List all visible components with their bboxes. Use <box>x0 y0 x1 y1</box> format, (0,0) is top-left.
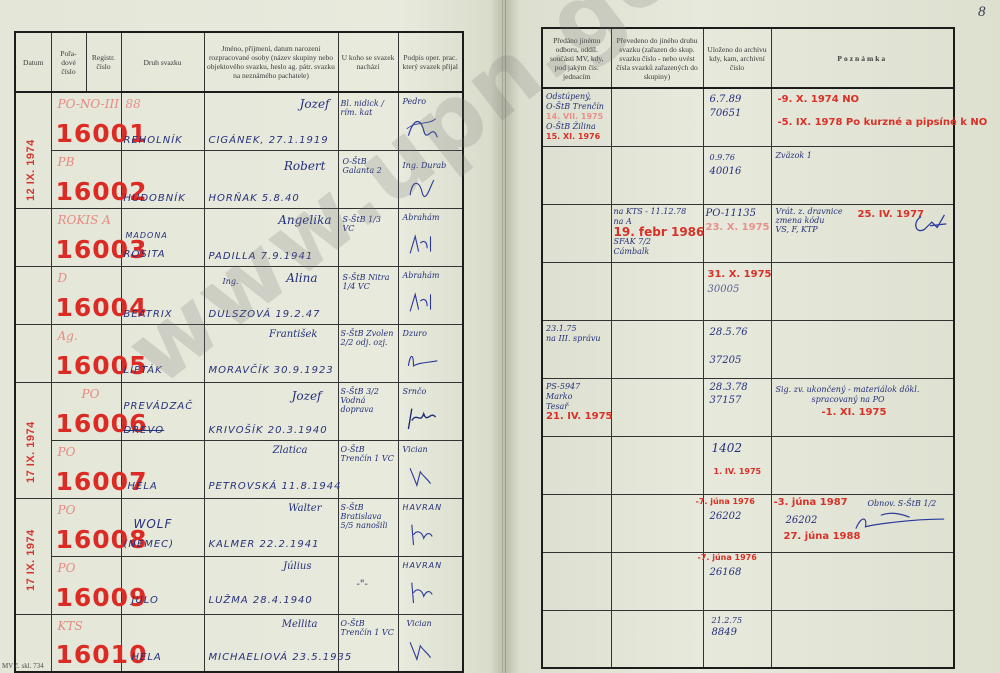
poznamka-cell <box>771 552 954 610</box>
druh-svazku: WOLF <box>134 517 173 531</box>
predano-cell <box>542 262 611 320</box>
predano-cell: PS-5947 Marko Tesař 21. IV. 1975 <box>542 378 611 436</box>
table-row: Odstúpený, O-ŠtB Trenčín 14. VII. 1975 O… <box>542 88 954 146</box>
signature-icon <box>405 635 439 665</box>
podpis-name: Dzuro <box>403 329 427 338</box>
predano-cell <box>542 204 611 262</box>
ulozeno-cell: 28.5.76 37205 <box>703 320 771 378</box>
surname-dob: CIGÁNEK, 27.1.1919 <box>209 135 329 146</box>
ulozeno-stamp: 31. X. 1975 <box>708 267 772 282</box>
signature-icon <box>405 519 439 549</box>
poznamka-cell: Sig. zv. ukončený - materiálok dôkl. spr… <box>771 378 954 436</box>
table-row: KTS 16010 HELA Mellita MICHAELIOVÁ 23.5.… <box>15 614 463 672</box>
u-koho: S-ŠtB 3/2 Vodná doprava <box>341 387 397 414</box>
table-row: 21.2.75 8849 <box>542 610 954 668</box>
podpis-cell: Pedro <box>398 92 463 150</box>
surname-dob: DULSZOVÁ 19.2.47 <box>209 309 321 320</box>
name-cell: Walter KALMER 22.2.1941 <box>204 498 338 556</box>
u-koho-cell: S-ŠtB 1/3 VC <box>338 208 398 266</box>
poznamka-cell: Vrát. z. dravnice zmena kódu VS, F, KTP … <box>771 204 954 262</box>
predano-cell <box>542 494 611 552</box>
table-row: 31. X. 1975 30005 <box>542 262 954 320</box>
first-name: Zlatica <box>273 445 308 456</box>
table-row: 17 IX. 1974 PO 16008 WOLF (NEMEC) Walter… <box>15 498 463 556</box>
archive-number: 26202 <box>710 511 742 522</box>
podpis-name: Pedro <box>403 97 427 106</box>
poznamka-number: 26202 <box>786 515 818 526</box>
u-koho: S-ŠtB Bratislava 5/5 nanošili <box>341 503 397 530</box>
u-koho-cell: O-ŠtB Galanta 2 <box>338 150 398 208</box>
podpis-cell: Srnčo <box>398 382 463 440</box>
surname-dob: LUŽMA 28.4.1940 <box>209 595 313 606</box>
druh-svazku: BEATRIX <box>124 309 173 320</box>
name-cell: Július LUŽMA 28.4.1940 <box>204 556 338 614</box>
table-row: 17 IX. 1974 PO 16006 PREVÁDZAČ DREVO Joz… <box>15 382 463 440</box>
poznamka-cell: -9. X. 1974 NO -5. IX. 1978 Po kurzné a … <box>771 88 954 146</box>
first-name: Mellita <box>282 619 318 630</box>
surname-dob: KALMER 22.2.1941 <box>209 539 320 550</box>
prevedeno-cell: na KTS - 11.12.78 na A 19. febr 1986 SFA… <box>611 204 703 262</box>
name-cell: Angelika PADILLA 7.9.1941 <box>204 208 338 266</box>
predano-line: Odstúpený, <box>546 92 604 102</box>
date-cell: 12 IX. 1974 <box>15 92 51 208</box>
predano-stamp: 21. IV. 1975 <box>546 412 612 422</box>
druh-cell: HELA <box>121 614 204 672</box>
druh-note: MADONA <box>126 231 168 240</box>
podpis-name: Vician <box>403 445 428 454</box>
name-cell: Jozef KRIVOŠÍK 20.3.1940 <box>204 382 338 440</box>
u-koho-cell: S-ŠtB Bratislava 5/5 nanošili <box>338 498 398 556</box>
reg-cell: PO 16008 <box>51 498 121 556</box>
podpis-name: HAVRAN <box>403 503 443 512</box>
prevedeno-cell <box>611 320 703 378</box>
podpis-cell: Abrahám <box>398 208 463 266</box>
predano-line: PS-5947 <box>546 382 612 392</box>
predano-line: Marko <box>546 392 612 402</box>
podpis-cell: Abrahám <box>398 266 463 324</box>
poznamka-stamp: -5. IX. 1978 Po kurzné a pipsíné k NO <box>778 117 988 128</box>
table-row: 1402 1. IV. 1975 <box>542 436 954 494</box>
ulozeno-code: PO-11135 <box>706 207 770 221</box>
signature-icon <box>405 345 439 375</box>
header-druh-svazku: Druh svazku <box>121 32 204 92</box>
reg-cell: PO 16009 <box>51 556 121 614</box>
right-page-register-table: Předáno jinému odboru, oddíl. součásti M… <box>541 27 955 669</box>
druh-note: 88 <box>126 97 141 111</box>
table-row: na KTS - 11.12.78 na A 19. febr 1986 SFA… <box>542 204 954 262</box>
predano-line: na III. správu <box>546 334 601 344</box>
reg-cell: Ag. 16005 <box>51 324 121 382</box>
header-prevedeno: Převedeno do jiného druhu svazku (zařaze… <box>611 28 703 88</box>
signature-icon <box>852 509 948 533</box>
name-cell: Robert HORŇAK 5.8.40 <box>204 150 338 208</box>
name-cell: František MORAVČÍK 30.9.1923 <box>204 324 338 382</box>
podpis-cell: HAVRAN <box>398 556 463 614</box>
poznamka-note: Sig. zv. ukončený - materiálok dôkl. <box>776 385 920 394</box>
u-koho-cell: S-ŠtB Zvolen 2/2 odj. ozj. <box>338 324 398 382</box>
name-cell: Ing. Alina DULSZOVÁ 19.2.47 <box>204 266 338 324</box>
poznamka-stamp: -9. X. 1974 NO <box>778 94 860 105</box>
header-jmeno: Jméno, příjmení, datum narození rozpraco… <box>204 32 338 92</box>
poznamka-cell <box>771 262 954 320</box>
table-row: PS-5947 Marko Tesař 21. IV. 1975 28.3.78… <box>542 378 954 436</box>
reg-cell: KTS 16010 <box>51 614 121 672</box>
prevedeno-cell <box>611 494 703 552</box>
ulozeno-number: 1402 <box>712 441 743 455</box>
form-print-code: MV č. skl. 734 <box>2 662 44 670</box>
predano-cell <box>542 146 611 204</box>
reg-code: D <box>58 271 68 285</box>
table-row: PO 16009 JULO Július LUŽMA 28.4.1940 -"-… <box>15 556 463 614</box>
header-poznamka: Poznámka <box>771 28 954 88</box>
predano-cell <box>542 552 611 610</box>
signature-icon <box>405 171 439 201</box>
date-cell <box>15 324 51 382</box>
podpis-name: Srnčo <box>403 387 427 396</box>
prevedeno-cell <box>611 552 703 610</box>
table-row: Ag. 16005 LIPTÁK František MORAVČÍK 30.9… <box>15 324 463 382</box>
predano-cell <box>542 436 611 494</box>
u-koho-cell: Bl. nidick / rím. kat <box>338 92 398 150</box>
reg-code: Ag. <box>58 329 78 343</box>
predano-line: Tesař <box>546 402 612 412</box>
reg-code: KTS <box>58 619 83 633</box>
druh-svazku: LIPTÁK <box>124 365 163 376</box>
u-koho-cell: S-ŠtB 3/2 Vodná doprava <box>338 382 398 440</box>
poznamka-stamp: -3. júna 1987 <box>774 497 848 508</box>
archive-number: 8849 <box>712 627 743 639</box>
predano-stamp: 15. XI. 1976 <box>546 132 604 142</box>
poznamka-cell <box>771 436 954 494</box>
druh-cell: JULO <box>121 556 204 614</box>
druh-svazku: ROSITA <box>124 249 166 260</box>
surname-dob: PETROVSKÁ 11.8.1944 <box>209 481 342 492</box>
druh-svazku: HELA <box>132 652 162 663</box>
reg-code: ROKIS A <box>58 213 111 227</box>
name-cell: Jozef CIGÁNEK, 27.1.1919 <box>204 92 338 150</box>
left-header-row: Datum Pořa-dové číslo Registr. číslo Dru… <box>15 32 463 92</box>
table-row: PO 16007 HELA Zlatica PETROVSKÁ 11.8.194… <box>15 440 463 498</box>
table-row: ROKIS A 16003 MADONA ROSITA Angelika PAD… <box>15 208 463 266</box>
prevedeno-cell <box>611 378 703 436</box>
druh-cell: PREVÁDZAČ DREVO <box>121 382 204 440</box>
ulozeno-date: 28.5.76 <box>710 327 748 338</box>
date-cell: 17 IX. 1974 <box>15 498 51 614</box>
podpis-name: Vician <box>407 619 432 628</box>
druh-svazku: PREVÁDZAČ <box>124 401 194 412</box>
signature-icon <box>405 577 439 607</box>
druh-cell: 88 REHOLNÍK <box>121 92 204 150</box>
date-cell <box>15 208 51 266</box>
u-koho: Bl. nidick / rím. kat <box>341 99 397 117</box>
poznamka-cell <box>771 610 954 668</box>
surname-dob: KRIVOŠÍK 20.3.1940 <box>209 425 328 436</box>
druh-cell: HUDOBNÍK <box>121 150 204 208</box>
ulozeno-date: 6.7.89 <box>710 93 742 107</box>
ulozeno-stamp: 1. IV. 1975 <box>714 467 762 476</box>
header-registr-cislo: Registr. číslo <box>86 32 121 92</box>
reg-code: PO <box>82 387 100 401</box>
reg-cell: PO 16006 <box>51 382 121 440</box>
ulozeno-cell: -7. júna 1976 26202 <box>703 494 771 552</box>
poznamka-cell: Zväzok 1 <box>771 146 954 204</box>
ulozeno-cell: 6.7.89 70651 <box>703 88 771 146</box>
podpis-name: Ing. Durab <box>403 161 447 170</box>
signature-icon <box>405 113 439 143</box>
prevedeno-line: Cámbalk <box>614 247 705 257</box>
first-name: František <box>269 329 317 340</box>
signature-icon <box>405 403 439 433</box>
ulozeno-cell: 21.2.75 8849 <box>703 610 771 668</box>
archive-number: 37157 <box>710 394 748 407</box>
reg-cell: PO 16007 <box>51 440 121 498</box>
predano-cell: Odstúpený, O-ŠtB Trenčín 14. VII. 1975 O… <box>542 88 611 146</box>
podpis-name: Abrahám <box>403 213 440 222</box>
prevedeno-cell <box>611 88 703 146</box>
druh-note: DREVO <box>124 425 165 436</box>
poznamka-note: Zväzok 1 <box>776 151 812 160</box>
u-koho: S-ŠtB 1/3 VC <box>343 215 395 233</box>
ulozeno-cell: 31. X. 1975 30005 <box>703 262 771 320</box>
reg-code: PB <box>58 155 75 169</box>
first-name: Július <box>283 561 311 572</box>
ulozeno-date: 21.2.75 <box>712 615 743 627</box>
druh-cell: LIPTÁK <box>121 324 204 382</box>
druh-note: (NEMEC) <box>124 539 175 550</box>
ulozeno-cell: 1402 1. IV. 1975 <box>703 436 771 494</box>
druh-svazku: HUDOBNÍK <box>124 193 186 204</box>
druh-cell: MADONA ROSITA <box>121 208 204 266</box>
reg-cell: PO-NO-III 16001 <box>51 92 121 150</box>
first-name-prefix: Ing. <box>223 277 239 286</box>
archive-number: 30005 <box>708 282 772 297</box>
name-cell: Mellita MICHAELIOVÁ 23.5.1935 <box>204 614 338 672</box>
ulozeno-stamp: -7. júna 1976 <box>696 497 755 506</box>
podpis-cell: Dzuro <box>398 324 463 382</box>
reg-cell: PB 16002 <box>51 150 121 208</box>
druh-svazku: REHOLNÍK <box>124 135 183 146</box>
left-page-register-table: Datum Pořa-dové číslo Registr. číslo Dru… <box>14 31 464 673</box>
archive-number: 40016 <box>710 165 742 179</box>
signature-icon <box>405 287 439 317</box>
archive-number: 37205 <box>710 355 742 366</box>
poznamka-stamp: 27. júna 1988 <box>784 531 861 542</box>
druh-cell: HELA <box>121 440 204 498</box>
table-row: -7. júna 1976 26168 <box>542 552 954 610</box>
first-name: Jozef <box>300 97 330 111</box>
poznamka-stamp: -1. XI. 1975 <box>822 407 887 418</box>
ulozeno-date: 28.3.78 <box>710 381 748 394</box>
druh-cell: BEATRIX <box>121 266 204 324</box>
archive-number: 70651 <box>710 107 742 121</box>
first-name: Robert <box>284 159 326 173</box>
signature-icon <box>405 461 439 491</box>
poznamka-cell <box>771 320 954 378</box>
header-datum: Datum <box>15 32 51 92</box>
u-koho: S-ŠtB Nitra 1/4 VC <box>343 273 395 291</box>
prevedeno-cell <box>611 610 703 668</box>
podpis-name: Abrahám <box>403 271 440 280</box>
header-predano: Předáno jinému odboru, oddíl. součásti M… <box>542 28 611 88</box>
predano-cell: 23.1.75 na III. správu <box>542 320 611 378</box>
date-stamp: 17 IX. 1974 <box>25 421 37 483</box>
podpis-cell: Vician <box>398 614 463 672</box>
podpis-name: HAVRAN <box>403 561 443 570</box>
ulozeno-cell: 28.3.78 37157 <box>703 378 771 436</box>
header-poradove-cislo: Pořa-dové číslo <box>51 32 86 92</box>
ulozeno-stamp: -7. júna 1976 <box>698 553 757 562</box>
header-podpis: Podpis oper. prac. který svazek přijal <box>398 32 463 92</box>
table-row: 23.1.75 na III. správu 28.5.76 37205 <box>542 320 954 378</box>
u-koho: S-ŠtB Zvolen 2/2 odj. ozj. <box>341 329 397 347</box>
poznamka-note: VS, F, KTP <box>776 225 843 234</box>
predano-cell <box>542 610 611 668</box>
ulozeno-cell: 0.9.76 40016 <box>703 146 771 204</box>
book-gutter <box>502 0 506 673</box>
archive-number: 26168 <box>710 567 742 578</box>
surname-dob: MORAVČÍK 30.9.1923 <box>209 365 334 376</box>
ledger-spread: 8 Datum Pořa-dové číslo Registr. číslo D… <box>0 0 1000 673</box>
podpis-cell: Ing. Durab <box>398 150 463 208</box>
podpis-cell: Vician <box>398 440 463 498</box>
first-name: Jozef <box>292 389 322 403</box>
reg-cell: ROKIS A 16003 <box>51 208 121 266</box>
reg-cell: D 16004 <box>51 266 121 324</box>
podpis-cell: HAVRAN <box>398 498 463 556</box>
predano-stamp: 14. VII. 1975 <box>546 112 604 122</box>
ulozeno-cell: PO-11135 23. X. 1975 <box>703 204 771 262</box>
page-number: 8 <box>978 4 986 21</box>
first-name: Angelika <box>278 213 331 227</box>
reg-code: PO <box>58 445 76 459</box>
reg-code: PO <box>58 503 76 517</box>
u-koho-cell: -"- <box>338 556 398 614</box>
prevedeno-stamp: 19. febr 1986 <box>614 227 705 237</box>
surname-dob: HORŇAK 5.8.40 <box>209 193 300 204</box>
date-cell <box>15 266 51 324</box>
poznamka-note: Vrát. z. dravnice <box>776 207 843 216</box>
druh-svazku: HELA <box>128 481 158 492</box>
predano-line: O-ŠtB Trenčín <box>546 102 604 112</box>
predano-line: O-ŠtB Žilina <box>546 122 604 132</box>
u-koho: -"- <box>357 579 368 590</box>
date-cell: 17 IX. 1974 <box>15 382 51 498</box>
prevedeno-cell <box>611 262 703 320</box>
poznamka-note: Obnov. S-ŠtB 1/2 <box>868 499 937 508</box>
ulozeno-date: 0.9.76 <box>710 151 742 165</box>
ulozeno-cell: -7. júna 1976 26168 <box>703 552 771 610</box>
table-row: 12 IX. 1974 PO-NO-III 16001 88 REHOLNÍK … <box>15 92 463 150</box>
signature-icon <box>405 229 439 259</box>
reg-code: PO <box>58 561 76 575</box>
poznamka-note: zmena kódu <box>776 216 843 225</box>
reg-code: PO-NO-III <box>58 97 119 111</box>
table-row: PB 16002 HUDOBNÍK Robert HORŇAK 5.8.40 O… <box>15 150 463 208</box>
table-row: D 16004 BEATRIX Ing. Alina DULSZOVÁ 19.2… <box>15 266 463 324</box>
right-header-row: Předáno jinému odboru, oddíl. součásti M… <box>542 28 954 88</box>
signature-icon <box>912 209 948 237</box>
poznamka-note: spracovaný na PO <box>812 395 885 404</box>
u-koho-cell: S-ŠtB Nitra 1/4 VC <box>338 266 398 324</box>
date-stamp: 12 IX. 1974 <box>25 139 37 201</box>
ulozeno-stamp: 23. X. 1975 <box>706 221 770 235</box>
table-row: -7. júna 1976 26202 -3. júna 1987 Obnov.… <box>542 494 954 552</box>
prevedeno-cell <box>611 146 703 204</box>
header-ulozeno: Uloženo do archivu kdy, kam, archivní čí… <box>703 28 771 88</box>
surname-dob: MICHAELIOVÁ 23.5.1935 <box>209 652 353 663</box>
prevedeno-cell <box>611 436 703 494</box>
name-cell: Zlatica PETROVSKÁ 11.8.1944 <box>204 440 338 498</box>
u-koho-cell: O-ŠtB Trenčín 1 VC <box>338 440 398 498</box>
date-stamp: 17 IX. 1974 <box>25 529 37 591</box>
table-row: 0.9.76 40016 Zväzok 1 <box>542 146 954 204</box>
poznamka-cell: -3. júna 1987 Obnov. S-ŠtB 1/2 26202 27.… <box>771 494 954 552</box>
u-koho: O-ŠtB Trenčín 1 VC <box>341 619 397 637</box>
u-koho: O-ŠtB Trenčín 1 VC <box>341 445 397 463</box>
druh-cell: WOLF (NEMEC) <box>121 498 204 556</box>
header-u-koho: U koho se svazek nachází <box>338 32 398 92</box>
u-koho-cell: O-ŠtB Trenčín 1 VC <box>338 614 398 672</box>
prevedeno-line: na KTS - 11.12.78 <box>614 207 705 217</box>
surname-dob: PADILLA 7.9.1941 <box>209 251 314 262</box>
first-name: Walter <box>288 503 321 514</box>
first-name: Alina <box>286 271 317 285</box>
u-koho: O-ŠtB Galanta 2 <box>343 157 395 175</box>
druh-svazku: JULO <box>132 595 159 606</box>
predano-line: 23.1.75 <box>546 324 601 334</box>
